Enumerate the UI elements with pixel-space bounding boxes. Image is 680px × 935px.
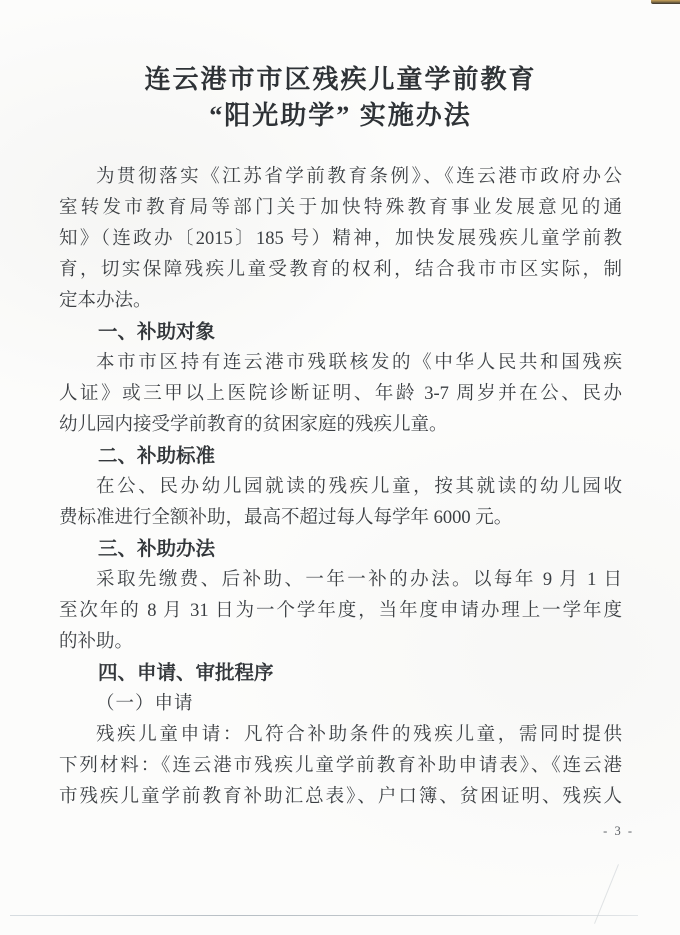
section-heading-4: 四、申请、审批程序 <box>59 658 622 689</box>
scanned-document-page: 连云港市市区残疾儿童学前教育 “阳光助学” 实施办法 为贯彻落实《江苏省学前教育… <box>0 0 680 935</box>
title-line-1: 连云港市市区残疾儿童学前教育 <box>59 62 622 98</box>
paragraph-section-3: 采取先缴费、后补助、一年一补的办法。以每年 9 月 1 日 至次年的 8 月 3… <box>59 565 622 658</box>
text-line: 为贯彻落实《江苏省学前教育条例》、《连云港市政府办公 <box>59 162 622 193</box>
paragraph-application: 残疾儿童申请：凡符合补助条件的残疾儿童，需同时提供 下列材料：《连云港市残疾儿童… <box>59 720 622 813</box>
document-body: 为贯彻落实《江苏省学前教育条例》、《连云港市政府办公 室转发市教育局等部门关于加… <box>59 162 622 813</box>
scan-artifact-top-right <box>651 0 680 4</box>
paragraph-section-2: 在公、民办幼儿园就读的残疾儿童，按其就读的幼儿园收 费标准进行全额补助，最高不超… <box>59 472 622 534</box>
document-content: 连云港市市区残疾儿童学前教育 “阳光助学” 实施办法 为贯彻落实《江苏省学前教育… <box>59 62 622 813</box>
text-line: 幼儿园内接受学前教育的贫困家庭的残疾儿童。 <box>59 410 622 441</box>
text-line: 费标准进行全额补助，最高不超过每人每学年 6000 元。 <box>59 503 622 534</box>
text-line: 知》（连政办〔2015〕185 号）精神，加快发展残疾儿童学前教 <box>59 224 622 255</box>
text-line: 室转发市教育局等部门关于加快特殊教育事业发展意见的通 <box>59 193 622 224</box>
text-line: 人证》或三甲以上医院诊断证明、年龄 3-7 周岁并在公、民办 <box>59 379 622 410</box>
text-line: 残疾儿童申请：凡符合补助条件的残疾儿童，需同时提供 <box>59 720 622 751</box>
section-heading-2: 二、补助标准 <box>59 441 622 472</box>
page-number: - 3 - <box>603 824 634 839</box>
section-heading-3: 三、补助办法 <box>59 534 622 565</box>
text-line: 下列材料：《连云港市残疾儿童学前教育补助申请表》、《连云港 <box>59 751 622 782</box>
subsection-heading-application: （一）申请 <box>59 689 622 720</box>
paragraph-preamble: 为贯彻落实《江苏省学前教育条例》、《连云港市政府办公 室转发市教育局等部门关于加… <box>59 162 622 317</box>
text-line: 的补助。 <box>59 627 622 658</box>
section-heading-1: 一、补助对象 <box>59 317 622 348</box>
text-line: 本市市区持有连云港市残联核发的《中华人民共和国残疾 <box>59 348 622 379</box>
text-line: 育，切实保障残疾儿童受教育的权利，结合我市市区实际，制 <box>59 255 622 286</box>
text-line: 定本办法。 <box>59 286 622 317</box>
text-line: 至次年的 8 月 31 日为一个学年度，当年度申请办理上一学年度 <box>59 596 622 627</box>
text-line: 市残疾儿童学前教育补助汇总表》、户口簿、贫困证明、残疾人 <box>59 782 622 813</box>
scan-edge-line <box>10 915 638 916</box>
text-line: 采取先缴费、后补助、一年一补的办法。以每年 9 月 1 日 <box>59 565 622 596</box>
title-line-2: “阳光助学” 实施办法 <box>59 98 622 134</box>
document-title: 连云港市市区残疾儿童学前教育 “阳光助学” 实施办法 <box>59 62 622 134</box>
text-line: 在公、民办幼儿园就读的残疾儿童，按其就读的幼儿园收 <box>59 472 622 503</box>
paragraph-section-1: 本市市区持有连云港市残联核发的《中华人民共和国残疾 人证》或三甲以上医院诊断证明… <box>59 348 622 441</box>
